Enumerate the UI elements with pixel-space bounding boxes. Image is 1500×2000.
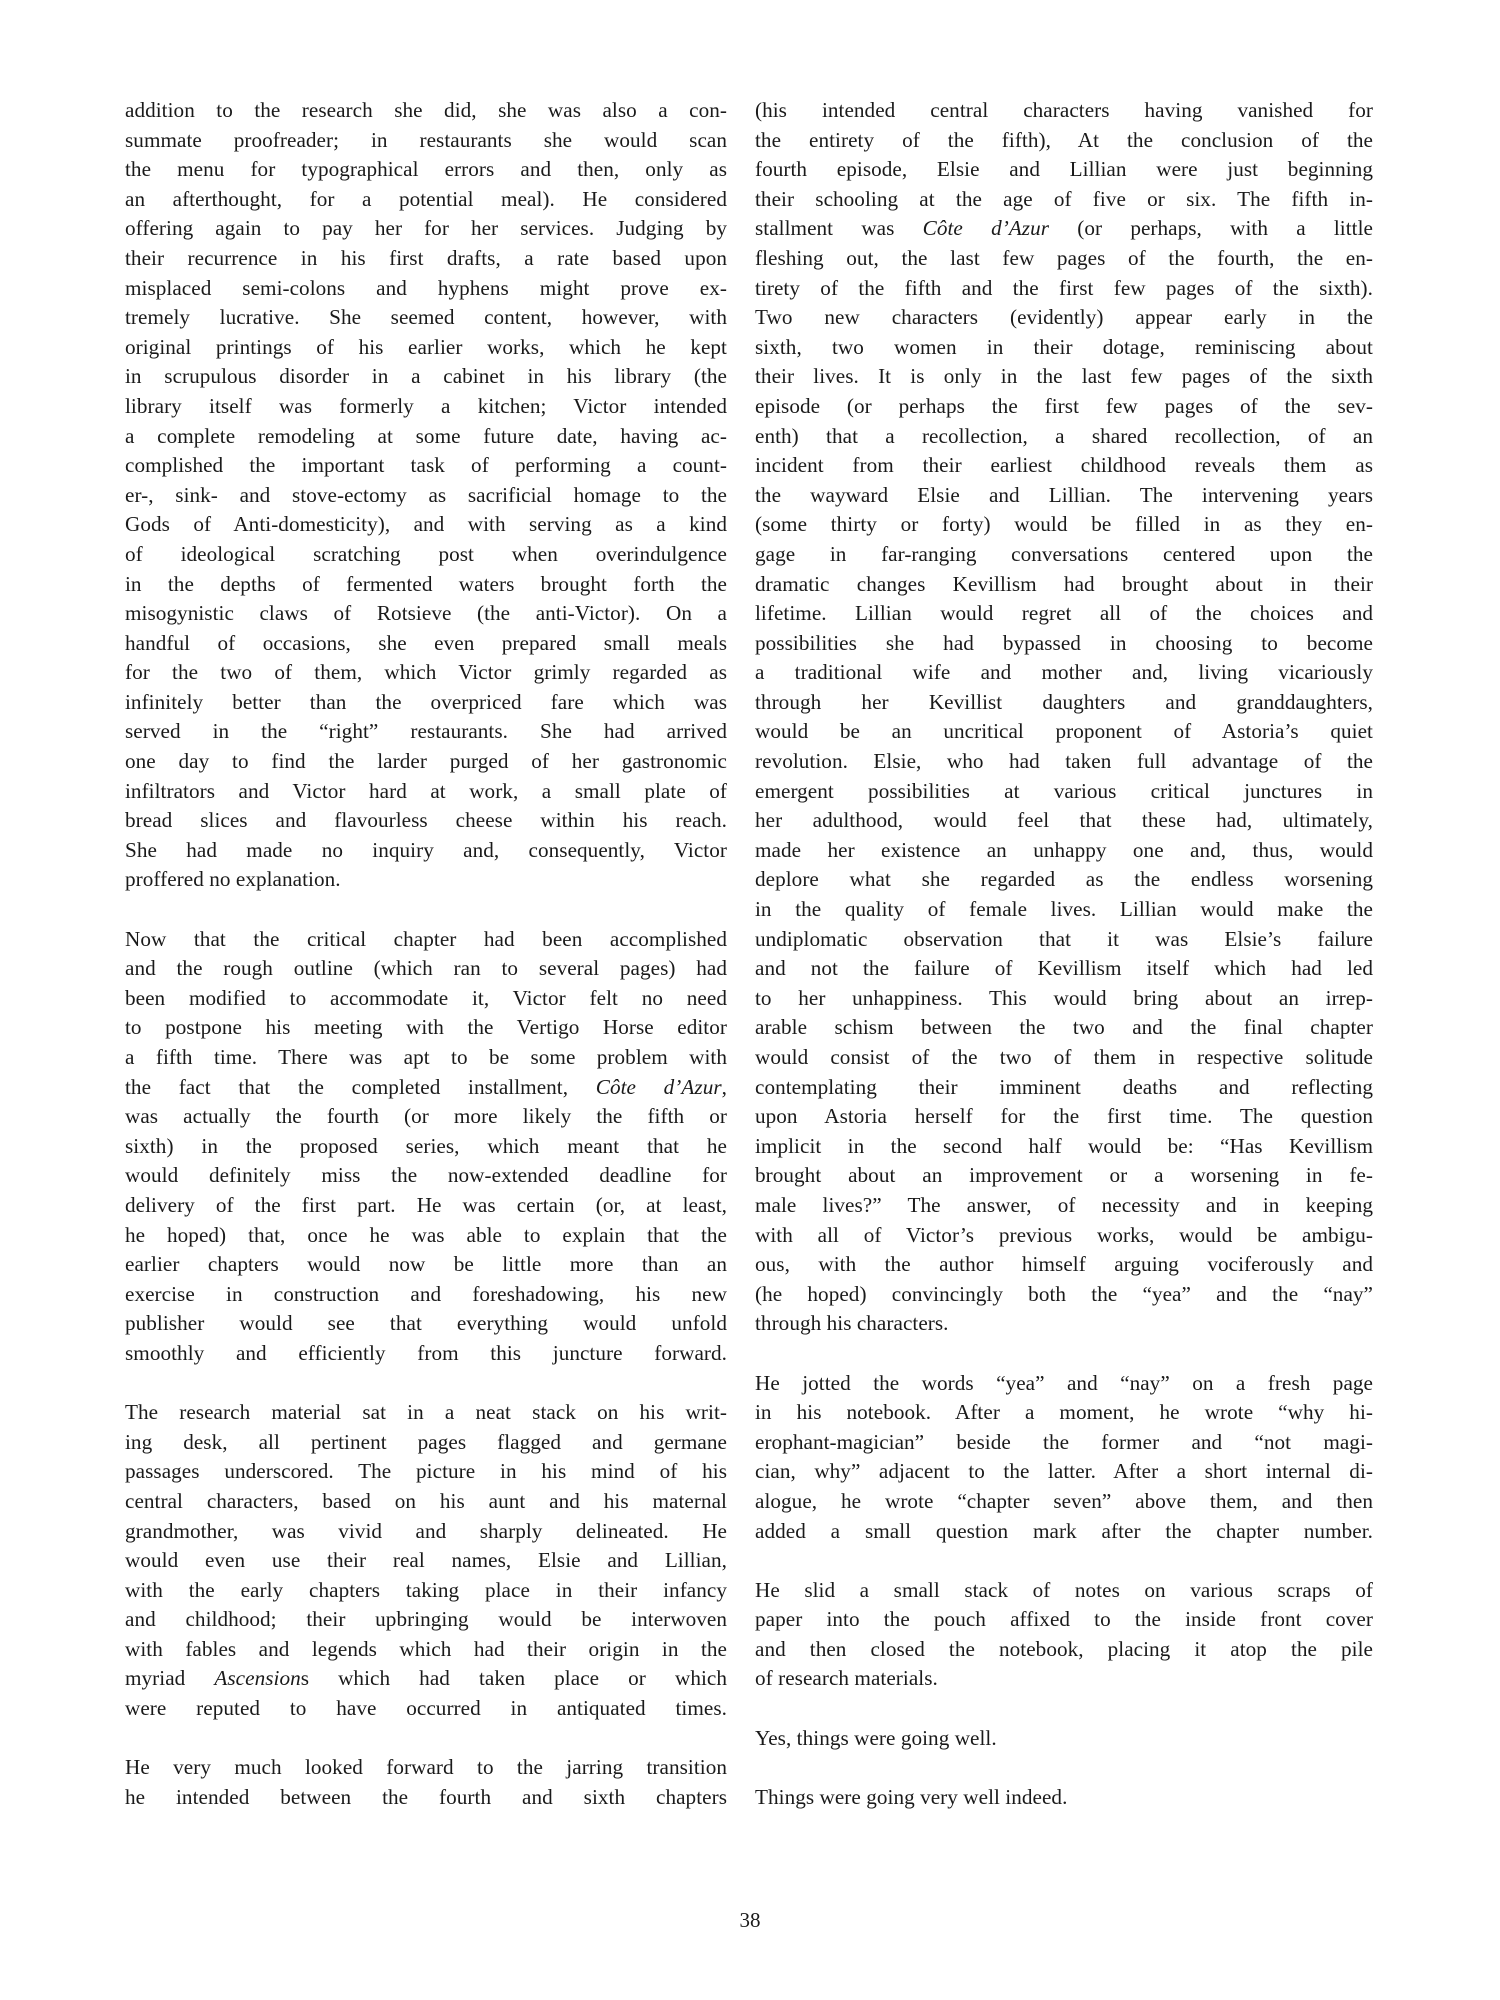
- text-line: upon Astoria herself for the first time.…: [755, 1102, 1373, 1132]
- text-line: added a small question mark after the ch…: [755, 1517, 1373, 1547]
- text-line: ing desk, all pertinent pages flagged an…: [125, 1428, 727, 1458]
- text-line: (some thirty or forty) would be filled i…: [755, 510, 1373, 540]
- text-line: infiltrators and Victor hard at work, a …: [125, 777, 727, 807]
- text-line: He jotted the words “yea” and “nay” on a…: [755, 1369, 1373, 1399]
- text-line: arable schism between the two and the fi…: [755, 1013, 1373, 1043]
- text-line: one day to find the larder purged of her…: [125, 747, 727, 777]
- text-line: in the depths of fermented waters brough…: [125, 570, 727, 600]
- left-text-column: addition to the research she did, she wa…: [125, 96, 727, 1842]
- text-line: summate proofreader; in restaurants she …: [125, 126, 727, 156]
- text-line: a fifth time. There was apt to be some p…: [125, 1043, 727, 1073]
- text-line: would consist of the two of them in resp…: [755, 1043, 1373, 1073]
- italic-term: Ascension: [214, 1666, 300, 1690]
- text-line: a complete remodeling at some future dat…: [125, 422, 727, 452]
- text-line: Two new characters (evidently) appear ea…: [755, 303, 1373, 333]
- text-line: would even use their real names, Elsie a…: [125, 1546, 727, 1576]
- text-line: erophant-magician” beside the former and…: [755, 1428, 1373, 1458]
- paragraph: He very much looked forward to the jarri…: [125, 1753, 727, 1812]
- text-line: The research material sat in a neat stac…: [125, 1398, 727, 1428]
- text-line: central characters, based on his aunt an…: [125, 1487, 727, 1517]
- text-line: in the quality of female lives. Lillian …: [755, 895, 1373, 925]
- text-line: would definitely miss the now-extended d…: [125, 1161, 727, 1191]
- text-line: the fact that the completed installment,…: [125, 1073, 727, 1103]
- text-line: bread slices and flavourless cheese with…: [125, 806, 727, 836]
- text-line: sixth, two women in their dotage, remini…: [755, 333, 1373, 363]
- text-line: and the rough outline (which ran to seve…: [125, 954, 727, 984]
- text-line: myriad Ascensions which had taken place …: [125, 1664, 727, 1694]
- text-line: addition to the research she did, she wa…: [125, 96, 727, 126]
- text-line: emergent possibilities at various critic…: [755, 777, 1373, 807]
- text-line: earlier chapters would now be little mor…: [125, 1250, 727, 1280]
- text-line: of ideological scratching post when over…: [125, 540, 727, 570]
- text-line: fourth episode, Elsie and Lillian were j…: [755, 155, 1373, 185]
- text-line: Now that the critical chapter had been a…: [125, 925, 727, 955]
- text-line: offering again to pay her for her servic…: [125, 214, 727, 244]
- paragraph: The research material sat in a neat stac…: [125, 1398, 727, 1724]
- text-line: made her existence an unhappy one and, t…: [755, 836, 1373, 866]
- text-line: with the early chapters taking place in …: [125, 1576, 727, 1606]
- right-text-column: (his intended central characters having …: [755, 96, 1373, 1842]
- text-line: he intended between the fourth and sixth…: [125, 1783, 727, 1813]
- text-line: to postpone his meeting with the Vertigo…: [125, 1013, 727, 1043]
- text-line: an afterthought, for a potential meal). …: [125, 185, 727, 215]
- text-line: male lives?” The answer, of necessity an…: [755, 1191, 1373, 1221]
- text-line: gage in far-ranging conversations center…: [755, 540, 1373, 570]
- text-span: ,: [722, 1075, 727, 1099]
- paragraph: Yes, things were going well.: [755, 1724, 1373, 1754]
- text-line: misogynistic claws of Rotsieve (the anti…: [125, 599, 727, 629]
- text-line: their recurrence in his first drafts, a …: [125, 244, 727, 274]
- text-line: served in the “right” restaurants. She h…: [125, 717, 727, 747]
- text-line: of research materials.: [755, 1664, 1373, 1694]
- text-line: ous, with the author himself arguing voc…: [755, 1250, 1373, 1280]
- text-line: the wayward Elsie and Lillian. The inter…: [755, 481, 1373, 511]
- text-line: lifetime. Lillian would regret all of th…: [755, 599, 1373, 629]
- text-line: passages underscored. The picture in his…: [125, 1457, 727, 1487]
- text-line: exercise in construction and foreshadowi…: [125, 1280, 727, 1310]
- text-line: sixth) in the proposed series, which mea…: [125, 1132, 727, 1162]
- paragraph: Things were going very well indeed.: [755, 1783, 1373, 1813]
- text-line: would be an uncritical proponent of Asto…: [755, 717, 1373, 747]
- text-span: stallment was: [755, 216, 923, 240]
- text-line: incident from their earliest childhood r…: [755, 451, 1373, 481]
- text-line: possibilities she had bypassed in choosi…: [755, 629, 1373, 659]
- text-line: with fables and legends which had their …: [125, 1635, 727, 1665]
- text-line: tirety of the fifth and the first few pa…: [755, 274, 1373, 304]
- text-line: the entirety of the fifth), At the concl…: [755, 126, 1373, 156]
- text-line: (his intended central characters having …: [755, 96, 1373, 126]
- book-title: Côte d’Azur: [923, 216, 1049, 240]
- text-line: the menu for typographical errors and th…: [125, 155, 727, 185]
- text-line: complished the important task of perform…: [125, 451, 727, 481]
- text-line: grandmother, was vivid and sharply delin…: [125, 1517, 727, 1547]
- text-line: their schooling at the age of five or si…: [755, 185, 1373, 215]
- text-line: been modified to accommodate it, Victor …: [125, 984, 727, 1014]
- text-line: cian, why” adjacent to the latter. After…: [755, 1457, 1373, 1487]
- text-line: in scrupulous disorder in a cabinet in h…: [125, 362, 727, 392]
- text-line: through his characters.: [755, 1309, 1373, 1339]
- text-span: the fact that the completed installment,: [125, 1075, 596, 1099]
- text-line: revolution. Elsie, who had taken full ad…: [755, 747, 1373, 777]
- text-line: their lives. It is only in the last few …: [755, 362, 1373, 392]
- document-page: addition to the research she did, she wa…: [0, 0, 1500, 2000]
- text-line: to her unhappiness. This would bring abo…: [755, 984, 1373, 1014]
- text-line: publisher would see that everything woul…: [125, 1309, 727, 1339]
- text-line: tremely lucrative. She seemed content, h…: [125, 303, 727, 333]
- text-line: and childhood; their upbringing would be…: [125, 1605, 727, 1635]
- text-line: stallment was Côte d’Azur (or perhaps, w…: [755, 214, 1373, 244]
- text-line: episode (or perhaps the first few pages …: [755, 392, 1373, 422]
- text-line: he hoped) that, once he was able to expl…: [125, 1221, 727, 1251]
- text-line: er-, sink- and stove-ectomy as sacrifici…: [125, 481, 727, 511]
- text-line: original printings of his earlier works,…: [125, 333, 727, 363]
- text-line: and not the failure of Kevillism itself …: [755, 954, 1373, 984]
- paragraph: (his intended central characters having …: [755, 96, 1373, 1339]
- text-line: She had made no inquiry and, consequentl…: [125, 836, 727, 866]
- text-line: deplore what she regarded as the endless…: [755, 865, 1373, 895]
- text-line: alogue, he wrote “chapter seven” above t…: [755, 1487, 1373, 1517]
- text-line: paper into the pouch affixed to the insi…: [755, 1605, 1373, 1635]
- text-line: dramatic changes Kevillism had brought a…: [755, 570, 1373, 600]
- text-line: implicit in the second half would be: “H…: [755, 1132, 1373, 1162]
- paragraph: Now that the critical chapter had been a…: [125, 925, 727, 1369]
- text-span: myriad: [125, 1666, 214, 1690]
- text-line: He slid a small stack of notes on variou…: [755, 1576, 1373, 1606]
- text-line: smoothly and efficiently from this junct…: [125, 1339, 727, 1369]
- text-line: fleshing out, the last few pages of the …: [755, 244, 1373, 274]
- text-line: library itself was formerly a kitchen; V…: [125, 392, 727, 422]
- book-title: Côte d’Azur: [596, 1075, 722, 1099]
- text-line: through her Kevillist daughters and gran…: [755, 688, 1373, 718]
- text-line: He very much looked forward to the jarri…: [125, 1753, 727, 1783]
- text-line: infinitely better than the overpriced fa…: [125, 688, 727, 718]
- paragraph: He jotted the words “yea” and “nay” on a…: [755, 1369, 1373, 1547]
- text-line: were reputed to have occurred in antiqua…: [125, 1694, 727, 1724]
- text-line: for the two of them, which Victor grimly…: [125, 658, 727, 688]
- text-line: (he hoped) convincingly both the “yea” a…: [755, 1280, 1373, 1310]
- text-line: Things were going very well indeed.: [755, 1783, 1373, 1813]
- text-line: proffered no explanation.: [125, 865, 727, 895]
- text-line: with all of Victor’s previous works, wou…: [755, 1221, 1373, 1251]
- text-line: misplaced semi-colons and hyphens might …: [125, 274, 727, 304]
- text-line: enth) that a recollection, a shared reco…: [755, 422, 1373, 452]
- text-span: (or perhaps, with a little: [1049, 216, 1373, 240]
- text-line: contemplating their imminent deaths and …: [755, 1073, 1373, 1103]
- paragraph: He slid a small stack of notes on variou…: [755, 1576, 1373, 1694]
- text-line: Yes, things were going well.: [755, 1724, 1373, 1754]
- text-line: delivery of the first part. He was certa…: [125, 1191, 727, 1221]
- text-line: her adulthood, would feel that these had…: [755, 806, 1373, 836]
- text-line: undiplomatic observation that it was Els…: [755, 925, 1373, 955]
- text-line: a traditional wife and mother and, livin…: [755, 658, 1373, 688]
- text-line: was actually the fourth (or more likely …: [125, 1102, 727, 1132]
- text-span: s which had taken place or which: [301, 1666, 727, 1690]
- page-number: 38: [0, 1906, 1500, 1934]
- text-line: and then closed the notebook, placing it…: [755, 1635, 1373, 1665]
- text-line: Gods of Anti-domesticity), and with serv…: [125, 510, 727, 540]
- text-line: handful of occasions, she even prepared …: [125, 629, 727, 659]
- text-line: in his notebook. After a moment, he wrot…: [755, 1398, 1373, 1428]
- paragraph: addition to the research she did, she wa…: [125, 96, 727, 895]
- text-line: brought about an improvement or a worsen…: [755, 1161, 1373, 1191]
